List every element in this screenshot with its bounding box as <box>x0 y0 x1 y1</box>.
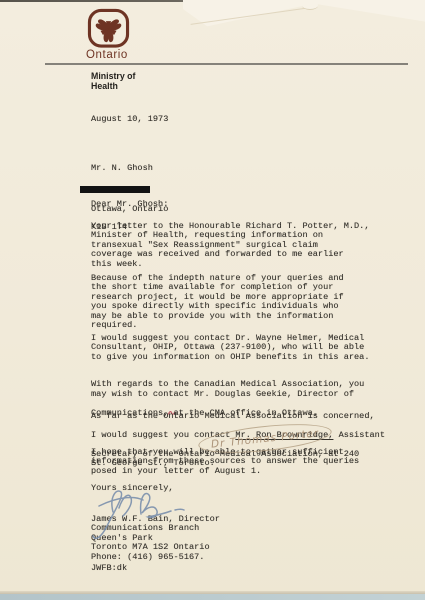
salutation: Dear Mr. Ghosh: <box>91 200 168 209</box>
redaction-bar <box>80 186 150 193</box>
paragraph-3: I would suggest you contact Dr. Wayne He… <box>91 334 369 362</box>
letter-date: August 10, 1973 <box>91 115 168 124</box>
logo-wordmark: Ontario <box>86 49 128 61</box>
letterhead-rule <box>45 63 408 65</box>
closing: Yours sincerely, <box>91 484 174 493</box>
scanned-letter-page: Ontario Ministry of Health August 10, 19… <box>0 0 425 600</box>
recipient-name: Mr. N. Ghosh <box>91 164 168 173</box>
paragraph-4-lines: With regards to the Canadian Medical Ass… <box>91 380 364 399</box>
typist-reference: JWFB:dk <box>91 564 127 573</box>
signature-block: James W.F. Bain, Director Communications… <box>91 515 220 562</box>
paper-tab <box>302 1 318 10</box>
scanner-bed-strip <box>0 594 425 600</box>
paragraph-1: Your letter to the Honourable Richard T.… <box>91 222 369 269</box>
paragraph-5-line-1: As far as the Ontario Medical Associatio… <box>91 412 385 421</box>
ministry-line-2: Health <box>91 81 135 91</box>
p5-text-post: Assistant <box>333 430 385 440</box>
ministry-line-1: Ministry of <box>91 71 135 81</box>
paragraph-2: Because of the indepth nature of your qu… <box>91 274 344 330</box>
ontario-trillium-logo-icon <box>87 8 130 49</box>
ministry-name: Ministry of Health <box>91 71 135 91</box>
